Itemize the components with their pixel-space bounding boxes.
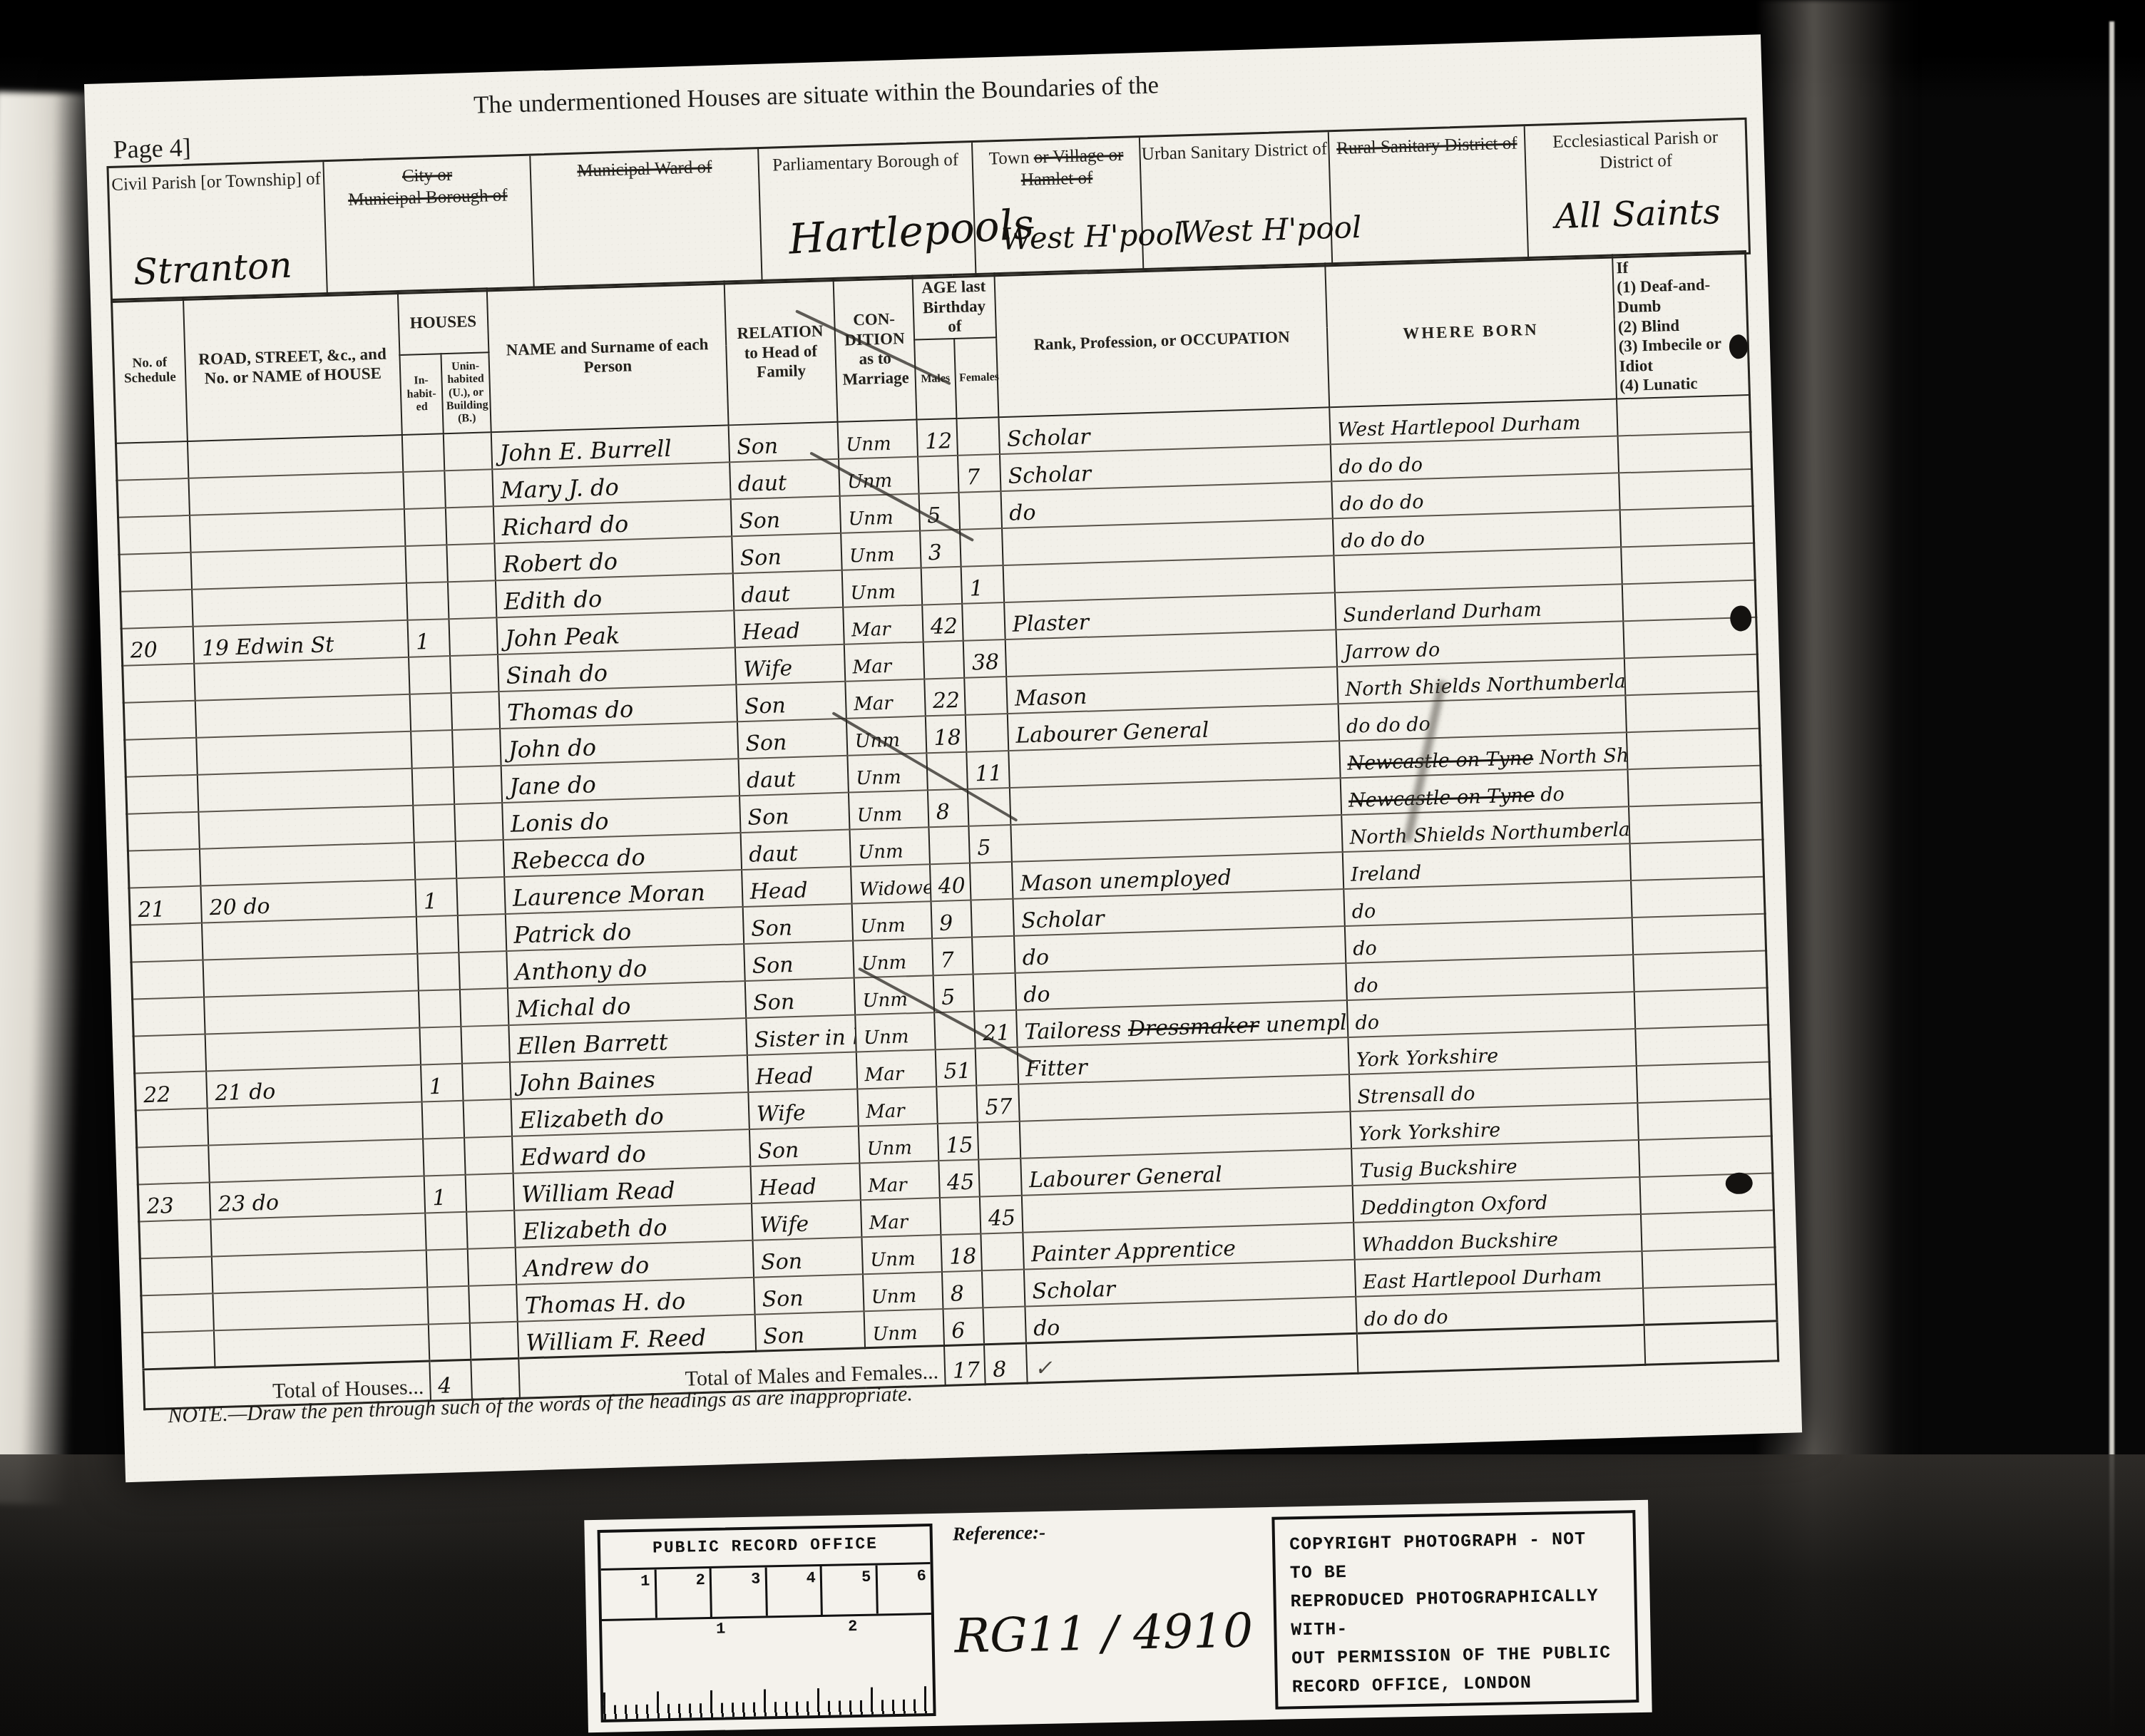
- cell-address: [204, 990, 419, 1034]
- cell-uninhabited: [446, 506, 494, 545]
- census-table-body: John E. Burrell Son Unm 12 Scholar West …: [116, 395, 1777, 1370]
- cell-schedule: [130, 923, 203, 962]
- page-number: Page 4]: [113, 133, 191, 165]
- cell-schedule: [142, 1330, 215, 1370]
- cell-inhabited: [419, 990, 461, 1028]
- cell-disability: [1639, 1173, 1773, 1214]
- cell-uninhabited: [464, 1136, 513, 1175]
- occupation-text: Labourer General: [1028, 1163, 1222, 1193]
- cell-schedule: [121, 590, 193, 629]
- cell-address: [198, 769, 413, 812]
- cell-address: 21 do: [206, 1064, 421, 1108]
- occupation-text: do: [1022, 945, 1049, 971]
- born-text: do: [1351, 900, 1376, 923]
- col-males: Males: [914, 339, 957, 420]
- cell-relation: Wife: [748, 1089, 859, 1129]
- cell-schedule: [126, 774, 198, 813]
- cell-address: 19 Edwin St: [193, 620, 409, 664]
- cell-inhabited: [404, 508, 447, 546]
- cell-relation: Son: [744, 977, 855, 1018]
- cell-age-male: [921, 567, 962, 605]
- cell-disability: [1625, 692, 1759, 733]
- cell-inhabited: [427, 1286, 470, 1325]
- born-text: do do do: [1346, 714, 1431, 738]
- cell-relation: daut: [738, 755, 849, 796]
- cell-condition: Widower: [851, 864, 931, 903]
- occupation-struck: Dressmaker: [1127, 1013, 1259, 1042]
- cell-condition: Mar: [859, 1161, 939, 1200]
- born-text: do: [1353, 975, 1378, 997]
- cell-disability: [1629, 839, 1763, 880]
- cell-address: [203, 953, 419, 997]
- cell-uninhabited: [468, 1248, 516, 1286]
- occupation-above: Tailoress: [1024, 1017, 1122, 1045]
- cell-age-female: [973, 973, 1016, 1012]
- cell-age-female: [971, 899, 1014, 938]
- cell-uninhabited: [445, 469, 493, 508]
- cell-relation: Son: [730, 496, 841, 537]
- cell-schedule: [133, 997, 205, 1036]
- urban-sanitary-value: West H'pool: [1179, 210, 1362, 250]
- cell-inhabited: [425, 1212, 468, 1250]
- cell-age-male: [923, 641, 965, 679]
- ruler-cm-number: 1: [601, 1569, 657, 1618]
- col-houses-group: HOUSES: [398, 289, 489, 355]
- cell-age-female: [983, 1306, 1026, 1345]
- cell-schedule: [119, 553, 192, 592]
- cell-age-male: 45: [938, 1159, 980, 1198]
- born-text: do do do: [1363, 1306, 1448, 1330]
- cell-uninhabited: [451, 692, 500, 730]
- col-disability: If(1) Deaf-and-Dumb(2) Blind(3) Imbecile…: [1612, 251, 1750, 399]
- cell-schedule: [139, 1219, 212, 1258]
- cell-disability: [1619, 469, 1753, 510]
- rural-sanitary-label: Rural Sanitary District of: [1336, 133, 1517, 158]
- col-occupation: Rank, Profession, or OCCUPATION: [994, 264, 1329, 417]
- cell-disability: [1624, 654, 1759, 696]
- cell-age-female: [978, 1121, 1020, 1160]
- col-inhabited: In-habit-ed: [399, 354, 444, 435]
- cell-schedule: [123, 664, 195, 703]
- municipal-ward-label: Municipal Ward of: [577, 158, 712, 181]
- cell-condition: Unm: [863, 1272, 943, 1311]
- cell-inhabited: [409, 656, 451, 694]
- cell-uninhabited: [444, 432, 492, 471]
- cell-disability: [1635, 1024, 1769, 1066]
- cell-address: [195, 694, 411, 738]
- cell-condition: Unm: [837, 419, 917, 458]
- cell-age-male: [940, 1196, 981, 1235]
- cell-inhabited: [409, 693, 452, 731]
- civil-parish-value: Stranton: [133, 245, 293, 293]
- cell-relation: daut: [740, 829, 851, 870]
- cell-age-female: [960, 528, 1003, 567]
- cell-age-male: 5: [933, 974, 974, 1012]
- cell-address: [192, 583, 407, 627]
- occupation-text: Mason unemployed: [1020, 866, 1232, 897]
- cell-age-male: 51: [935, 1048, 976, 1087]
- ecclesiastical-value: All Saints: [1555, 192, 1721, 237]
- cell-uninhabited: [464, 1099, 512, 1138]
- cell-schedule: [140, 1256, 213, 1295]
- cell-condition: Unm: [864, 1309, 943, 1348]
- cell-schedule: 20: [121, 627, 194, 666]
- cell-age-female: [979, 1158, 1022, 1196]
- cell-address: 23 do: [210, 1176, 425, 1219]
- cell-address: 20 do: [201, 880, 416, 923]
- born-text: do do do: [1338, 454, 1423, 478]
- cell-schedule: [123, 701, 196, 740]
- cell-condition: Unm: [849, 827, 929, 866]
- born-text: Strensall do: [1357, 1083, 1475, 1109]
- cell-age-male: 7: [932, 937, 973, 975]
- cell-relation: Son: [749, 1126, 860, 1166]
- cell-disability: [1627, 765, 1761, 806]
- cell-condition: Unm: [847, 753, 927, 792]
- cell-condition: Mar: [861, 1198, 941, 1237]
- ecclesiastical-label: Ecclesiastical Parish or District of: [1552, 128, 1719, 173]
- cell-relation: Son: [732, 533, 842, 574]
- cell-inhabited: [421, 1101, 464, 1139]
- cell-address: [205, 1027, 421, 1071]
- cell-address: [189, 472, 404, 515]
- col-schedule: No. of Schedule: [111, 298, 188, 443]
- cell-inhabited: [416, 915, 459, 954]
- cell-uninhabited: [454, 803, 503, 841]
- cell-uninhabited: [450, 654, 498, 693]
- cell-uninhabited: [456, 840, 504, 878]
- scanned-census-page: Page 4] The undermentioned Houses are si…: [0, 0, 2145, 1736]
- occupation-text: do: [1009, 500, 1036, 526]
- cell-inhabited: [423, 1138, 466, 1176]
- cell-disability: [1617, 432, 1751, 473]
- cell-relation: Son: [737, 718, 848, 759]
- cell-age-male: 18: [941, 1233, 982, 1272]
- cell-condition: Unm: [851, 901, 931, 940]
- born-text: Deddington Oxford: [1361, 1192, 1548, 1220]
- cell-condition: Unm: [849, 790, 928, 829]
- born-text: Whaddon Buckshire: [1361, 1229, 1558, 1257]
- cell-relation: Son: [736, 681, 846, 721]
- cell-inhabited: [411, 767, 454, 806]
- cell-age-male: 40: [930, 863, 971, 901]
- cell-age-male: 15: [938, 1122, 979, 1161]
- total-males-value: 17: [944, 1345, 986, 1386]
- city-borough-label-line1: City or: [402, 165, 453, 186]
- cell-age-female: [957, 417, 1000, 456]
- occupation-text: Labourer General: [1015, 718, 1209, 749]
- cell-schedule: [125, 738, 198, 777]
- copyright-line: REPRODUCED PHOTOGRAPHICALLY WITH-: [1290, 1581, 1620, 1645]
- occupation-text: Painter Apprentice: [1030, 1236, 1236, 1267]
- cell-address: [214, 1324, 429, 1367]
- born-struck: Newcastle on Tyne: [1348, 785, 1535, 813]
- col-road: ROAD, STREET, &c., and No. or NAME of HO…: [183, 292, 401, 441]
- cell-schedule: [127, 811, 200, 851]
- cell-relation: Son: [742, 903, 853, 944]
- census-table: No. of Schedule ROAD, STREET, &c., and N…: [111, 250, 1779, 1411]
- cell-inhabited: [417, 952, 460, 991]
- cell-uninhabited: [449, 617, 498, 656]
- cell-age-female: 11: [967, 751, 1010, 789]
- cell-age-female: [959, 491, 1002, 530]
- cell-address: [191, 546, 406, 590]
- cell-uninhabited: [454, 766, 502, 804]
- cell-age-male: 9: [931, 900, 972, 938]
- copyright-line: RECORD OFFICE, LONDON: [1292, 1667, 1622, 1702]
- town-label-struck2: Hamlet of: [1020, 168, 1092, 190]
- cell-age-male: 12: [916, 418, 958, 457]
- born-text: Tusig Buckshire: [1359, 1156, 1517, 1183]
- col-name: NAME and Surname of each Person: [487, 282, 729, 432]
- cell-inhabited: 1: [415, 878, 458, 917]
- cell-inhabited: [411, 730, 454, 769]
- reference-value: RG11 / 4910: [954, 1603, 1254, 1663]
- col-relation: RELATION to Head of Family: [724, 278, 837, 425]
- cell-age-male: [918, 456, 959, 494]
- cell-relation: daut: [729, 459, 840, 500]
- cell-disability: [1637, 1099, 1771, 1140]
- cell-disability: [1643, 1284, 1777, 1325]
- reference-label: Reference:-: [952, 1517, 1252, 1545]
- occupation-text: Scholar: [1007, 425, 1091, 452]
- field-municipal-ward: Municipal Ward of: [529, 149, 761, 288]
- cell-disability: [1617, 395, 1751, 436]
- cell-address: [195, 657, 410, 701]
- ruler-inch-number: 2: [848, 1618, 858, 1635]
- cell-age-male: 3: [920, 530, 961, 568]
- cell-uninhabited: [460, 988, 508, 1027]
- cell-age-female: [982, 1269, 1025, 1308]
- cell-age-male: [934, 1011, 976, 1049]
- copyright-notice: COPYRIGHT PHOTOGRAPH - NOT TO BEREPRODUC…: [1271, 1510, 1639, 1710]
- born-text: Ireland: [1351, 862, 1422, 886]
- cell-age-male: 8: [942, 1270, 983, 1309]
- cell-schedule: [128, 848, 200, 888]
- born-text: do do do: [1341, 528, 1425, 553]
- cell-relation: Son: [754, 1311, 865, 1352]
- cell-relation: Head: [747, 1052, 857, 1092]
- town-label-struck1: or Village or: [1033, 145, 1124, 168]
- cell-condition: Unm: [842, 567, 922, 607]
- cell-relation: Son: [752, 1237, 863, 1278]
- col-age-group: AGE last Birthday of: [912, 274, 996, 340]
- cell-age-female: 5: [969, 825, 1012, 863]
- cell-uninhabited: [458, 914, 506, 952]
- cell-age-female: [964, 677, 1007, 715]
- cell-age-female: [970, 862, 1013, 900]
- cell-schedule: [141, 1293, 214, 1332]
- cell-age-male: 5: [918, 493, 960, 531]
- cell-address: [199, 806, 414, 849]
- occupation-text: Mason: [1014, 684, 1087, 712]
- ruler-cm-number: 2: [656, 1568, 712, 1618]
- cell-disability: [1637, 1062, 1771, 1103]
- cell-disability: [1621, 543, 1755, 585]
- cell-relation: Son: [728, 422, 839, 463]
- cell-age-female: [962, 602, 1005, 641]
- ruler-cm-number: 6: [877, 1564, 931, 1613]
- cell-inhabited: [419, 1027, 462, 1065]
- cell-address: [212, 1250, 427, 1293]
- born-text: York Yorkshire: [1358, 1119, 1501, 1146]
- cell-disability: [1620, 506, 1754, 548]
- cell-schedule: 21: [129, 885, 202, 925]
- cell-address: [188, 435, 403, 478]
- born-text: do: [1355, 1012, 1379, 1034]
- cell-condition: Mar: [856, 1049, 936, 1089]
- cell-age-female: 57: [976, 1084, 1019, 1123]
- occupation-text: unemployed: [1265, 1009, 1348, 1037]
- cell-age-male: [928, 826, 970, 864]
- cell-disability: [1631, 876, 1765, 918]
- cell-relation: Wife: [734, 644, 845, 685]
- cell-schedule: 22: [135, 1071, 208, 1110]
- cell-age-female: 7: [958, 454, 1000, 493]
- cell-disability: [1632, 913, 1766, 955]
- col-uninhabited: Unin-habited (U.), or Building (B.): [441, 352, 491, 433]
- cell-condition: Unm: [839, 493, 919, 533]
- cell-condition: Unm: [855, 1012, 935, 1052]
- cell-address: [208, 1101, 423, 1145]
- occupation-text: Scholar: [1008, 462, 1092, 489]
- ruler-cm-number: 3: [712, 1567, 768, 1616]
- disability-line: (4) Lunatic: [1619, 372, 1746, 396]
- cell-condition: Unm: [861, 1235, 941, 1274]
- cell-address: [213, 1287, 429, 1330]
- cell-address: [202, 916, 417, 960]
- cell-inhabited: [429, 1322, 471, 1361]
- cell-relation: Wife: [752, 1200, 862, 1241]
- parliamentary-borough-label: Parliamentary Borough of: [772, 150, 959, 175]
- cell-inhabited: 1: [407, 619, 450, 657]
- cell-inhabited: [426, 1249, 469, 1288]
- town-label: Town: [988, 148, 1034, 169]
- cell-condition: Unm: [841, 530, 921, 570]
- cell-relation: Head: [742, 866, 852, 907]
- cell-inhabited: [413, 804, 456, 843]
- cell-uninhabited: [461, 1025, 510, 1064]
- cell-schedule: [137, 1145, 210, 1184]
- born-struck: Newcastle on Tyne: [1347, 748, 1534, 776]
- cell-age-female: [972, 936, 1015, 975]
- cell-inhabited: 1: [421, 1064, 464, 1102]
- born-text: do: [1540, 784, 1565, 806]
- urban-sanitary-label: Urban Sanitary District of: [1141, 139, 1327, 164]
- occupation-text: do: [1033, 1315, 1060, 1341]
- civil-parish-label: Civil Parish [or Township] of: [111, 169, 321, 195]
- town-village-value: West H'pool: [1000, 216, 1184, 257]
- occupation-text: Scholar: [1032, 1277, 1116, 1304]
- cell-uninhabited: [462, 1062, 511, 1101]
- cell-age-male: 22: [924, 678, 966, 717]
- disability-line: (3) Imbecile or Idiot: [1618, 333, 1745, 376]
- cell-relation: Head: [734, 607, 844, 648]
- cell-uninhabited: [469, 1285, 518, 1323]
- cell-condition: Unm: [854, 975, 934, 1015]
- born-text: do: [1353, 938, 1377, 960]
- cell-schedule: [118, 515, 191, 555]
- cell-disability: [1641, 1210, 1775, 1251]
- cell-condition: Mar: [857, 1087, 937, 1126]
- total-females-value: 8: [984, 1343, 1027, 1385]
- cell-age-male: 18: [926, 715, 967, 754]
- born-text: Jarrow do: [1344, 639, 1440, 664]
- disability-line: (1) Deaf-and-Dumb: [1617, 274, 1744, 317]
- cell-age-female: 45: [980, 1195, 1023, 1233]
- cell-uninhabited: [459, 951, 508, 990]
- totals-empty-born: [1356, 1325, 1645, 1374]
- cell-age-female: 38: [963, 640, 1006, 678]
- born-text: Sunderland Durham: [1343, 599, 1542, 627]
- cell-uninhabited: [457, 877, 506, 915]
- cell-condition: Mar: [843, 605, 923, 644]
- pro-office-title: PUBLIC RECORD OFFICE: [600, 1526, 931, 1568]
- field-ecclesiastical: Ecclesiastical Parish or District of: [1524, 120, 1749, 259]
- cell-condition: Mar: [845, 679, 925, 718]
- cell-inhabited: [406, 582, 449, 620]
- cell-address: [209, 1139, 424, 1182]
- city-borough-label-line2: Municipal Borough of: [348, 186, 508, 210]
- cell-relation: Son: [744, 940, 854, 981]
- cell-inhabited: [403, 471, 446, 509]
- cell-age-female: [981, 1232, 1024, 1270]
- cell-relation: daut: [732, 570, 843, 611]
- cell-inhabited: [405, 545, 448, 583]
- cell-age-female: [966, 714, 1008, 752]
- occupation-text: Fitter: [1025, 1055, 1088, 1082]
- cell-age-male: 8: [928, 789, 969, 827]
- ruler-inch-number: 1: [716, 1621, 726, 1638]
- cell-disability: [1627, 728, 1761, 769]
- cell-age-female: 1: [961, 565, 1004, 604]
- ruler-cm-number: 4: [767, 1566, 823, 1616]
- copyright-line: COPYRIGHT PHOTOGRAPH - NOT TO BE: [1289, 1525, 1619, 1588]
- cell-address: [200, 843, 415, 886]
- pro-reference-stamp: PUBLIC RECORD OFFICE 123456 1 2 Referenc…: [584, 1500, 1652, 1733]
- cell-relation: Son: [754, 1274, 864, 1315]
- cell-condition: Unm: [859, 1124, 938, 1163]
- cell-disability: [1639, 1136, 1773, 1177]
- cell-uninhabited: [466, 1211, 515, 1249]
- ruler-inch-scale: 1 2: [602, 1613, 933, 1720]
- cell-schedule: 23: [138, 1182, 210, 1221]
- occupation-text: Scholar: [1021, 906, 1105, 933]
- occupation-text: do: [1023, 982, 1050, 1008]
- cell-inhabited: [402, 433, 445, 472]
- cell-inhabited: 1: [424, 1175, 466, 1213]
- col-females: Females: [954, 337, 998, 418]
- born-text: East Hartlepool Durham: [1363, 1265, 1602, 1294]
- born-text: York Yorkshire: [1356, 1045, 1499, 1072]
- cell-disability: [1629, 802, 1763, 843]
- cell-address: [197, 731, 412, 775]
- ruler-cm-scale: 123456: [601, 1562, 931, 1619]
- census-form: Page 4] The undermentioned Houses are si…: [84, 34, 1802, 1482]
- scan-left-page-edge: [0, 91, 103, 1505]
- cell-uninhabited: [447, 543, 496, 582]
- cell-relation: Head: [750, 1163, 861, 1203]
- cell-schedule: [135, 1108, 208, 1147]
- cell-age-male: 6: [943, 1308, 984, 1346]
- cell-uninhabited: [470, 1322, 518, 1360]
- cell-schedule: [116, 441, 188, 481]
- cell-schedule: [117, 478, 190, 518]
- cell-uninhabited: [452, 729, 501, 767]
- cell-schedule: [133, 1034, 206, 1073]
- form-title: The undermentioned Houses are situate wi…: [473, 71, 1159, 119]
- cell-age-male: [936, 1085, 978, 1124]
